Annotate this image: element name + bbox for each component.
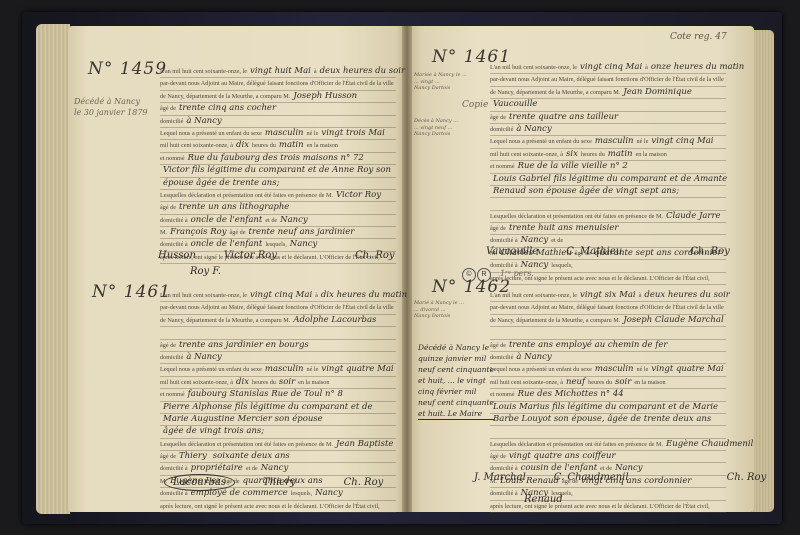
- printed-text: Lesquelles déclaration et présentation o…: [160, 441, 333, 448]
- printed-text: Lequel nous a présenté un enfant du sexe: [160, 130, 262, 137]
- register-line: domiciliéà Nancy: [490, 124, 726, 136]
- handwritten-entry: Victor Roy: [336, 190, 381, 200]
- printed-text: à: [315, 292, 318, 299]
- register-line: L'an mil huit cent soixante-onze, leving…: [160, 66, 396, 78]
- register-line: après lecture, ont signé le présent acte…: [160, 501, 396, 513]
- handwritten-entry: oncle de l'enfant: [191, 239, 263, 249]
- printed-text: et nommé: [490, 391, 515, 398]
- register-line: Renaud son épouse âgée de vingt sept ans…: [490, 186, 726, 198]
- handwritten-entry: vingt quatre ans coiffeur: [509, 451, 616, 461]
- printed-text: heures du: [588, 379, 612, 386]
- printed-text: Lesquelles déclaration et présentation o…: [490, 441, 663, 448]
- handwritten-entry: Adolphe Lacourbas: [293, 315, 376, 325]
- printed-text: Lequel nous a présenté un enfant du sexe: [490, 366, 592, 373]
- register-line: Louis Marius fils légitime du comparant …: [490, 402, 726, 414]
- printed-text: mil huit cent soixante-onze, à: [490, 379, 563, 386]
- printed-text: mil huit cent soixante-onze, à: [490, 151, 563, 158]
- handwritten-entry: Thiery: [179, 451, 207, 461]
- printed-text: domicilié à: [160, 241, 188, 248]
- page-block-right-edge: [752, 30, 774, 512]
- handwritten-entry: Rue des Michottes n° 44: [518, 389, 624, 399]
- register-line: âgé detrente un ans lithographe: [160, 202, 396, 214]
- handwritten-entry: Eugène Chaudmenil: [666, 439, 753, 449]
- register-line: Lesquelles déclaration et présentation o…: [490, 439, 726, 451]
- handwritten-entry: Jean Baptiste: [336, 439, 393, 449]
- register-line: Barbe Louyot son épouse, âgée de trente …: [490, 414, 726, 426]
- handwritten-entry: vingt trois Mai: [321, 128, 384, 138]
- printed-text: mil huit cent soixante-onze, à: [160, 379, 233, 386]
- printed-text: Lesquelles déclaration et présentation o…: [490, 213, 663, 220]
- signature: C. Mathieu: [566, 246, 622, 257]
- signature: Husson: [158, 250, 196, 261]
- signatures: Husson Victor Roy Ch. Roy: [158, 250, 395, 261]
- printed-text: domicilié: [490, 126, 513, 133]
- handwritten-entry: Rue de la ville vieille n° 2: [518, 161, 628, 171]
- handwritten-entry: Joseph Claude Marchal: [623, 315, 723, 325]
- handwritten-entry: faubourg Stanislas Rue de Toul n° 8: [188, 389, 343, 399]
- register-line: mil huit cent soixante-onze, àdixheures …: [160, 140, 396, 152]
- register-line: de Nancy, département de la Meurthe, a c…: [490, 315, 726, 327]
- register-line: domicilié àoncle de l'enfantet deNancy: [160, 215, 396, 227]
- handwritten-entry: vingt quatre Mai: [321, 364, 393, 374]
- handwritten-entry: Pierre Alphonse fils légitime du compara…: [163, 402, 372, 412]
- printed-text: lesquels,: [291, 490, 312, 497]
- printed-text: L'an mil huit cent soixante-onze, le: [490, 292, 577, 299]
- printed-text: âgé de: [160, 453, 176, 460]
- register-line: Pierre Alphonse fils légitime du compara…: [160, 402, 396, 414]
- register-line: Lequel nous a présenté un enfant du sexe…: [490, 364, 726, 376]
- register-line: mil huit cent soixante-onze, àsixheures …: [490, 149, 726, 161]
- register-line: par-devant nous Adjoint au Maire, délégu…: [490, 302, 726, 314]
- printed-text: domicilié: [160, 354, 183, 361]
- printed-text: M.: [160, 229, 167, 236]
- printed-text: âgé de: [230, 229, 246, 236]
- printed-text: domicilié: [490, 354, 513, 361]
- register-line: et nomméfaubourg Stanislas Rue de Toul n…: [160, 389, 396, 401]
- printed-text: âgé de: [490, 342, 506, 349]
- register-line: Lesquelles déclaration et présentation o…: [160, 439, 396, 451]
- register-line: âgée de vingt trois ans;: [160, 426, 396, 438]
- printed-text: après lecture, ont signé le présent acte…: [490, 503, 710, 510]
- margin-annotation: Décès à Nancy ... ... vingt neuf ... Nan…: [414, 118, 486, 138]
- printed-text: L'an mil huit cent soixante-onze, le: [160, 292, 247, 299]
- register-line: mil huit cent soixante-onze, àneufheures…: [490, 377, 726, 389]
- handwritten-entry: Nancy: [521, 235, 549, 245]
- register-line: domiciliéà Nancy: [160, 352, 396, 364]
- register-line: [490, 426, 726, 438]
- printed-text: par-devant nous Adjoint au Maire, délégu…: [160, 304, 394, 311]
- register-line: âgé detrente ans jardinier en bourgs: [160, 340, 396, 352]
- register-line: épouse âgée de trente ans;: [160, 178, 396, 190]
- printed-text: mil huit cent soixante-onze, à: [160, 142, 233, 149]
- register-line: Louis Gabriel fils légitime du comparant…: [490, 174, 726, 186]
- printed-text: par-devant nous Adjoint au Maire, délégu…: [490, 304, 724, 311]
- handwritten-entry: Marie Augustine Mercier son épouse: [163, 414, 323, 424]
- printed-text: à: [639, 292, 642, 299]
- handwritten-entry: Jean Dominique: [623, 87, 692, 97]
- signature: Ch. Roy: [727, 472, 767, 483]
- signature: J. Marchal: [474, 472, 526, 483]
- printed-text: en la maison: [636, 151, 667, 158]
- signature: Renaud: [524, 494, 563, 505]
- handwritten-entry: matin: [608, 149, 633, 159]
- printed-text: à: [314, 68, 317, 75]
- printed-text: par-devant nous Adjoint au Maire, délégu…: [490, 76, 724, 83]
- signature: Ch. Roy: [344, 477, 384, 488]
- printed-text: et de: [265, 217, 277, 224]
- register-line: Lesquelles déclaration et présentation o…: [160, 190, 396, 202]
- handwritten-entry: Nancy: [261, 463, 289, 473]
- book-gutter: [402, 26, 412, 512]
- handwritten-entry: propriétaire: [191, 463, 243, 473]
- printed-text: âgé de: [490, 114, 506, 121]
- signature: Ch. Roy: [690, 246, 730, 257]
- margin-annotation: Mariée à Nancy le ... ... vingt ... Nanc…: [414, 72, 486, 92]
- printed-text: âgé de: [160, 105, 176, 112]
- printed-text: domicilié à: [160, 217, 188, 224]
- act-body: L'an mil huit cent soixante-onze, leving…: [160, 66, 396, 264]
- printed-text: et nommé: [490, 163, 515, 170]
- printed-text: en la maison: [634, 379, 665, 386]
- printed-text: domicilié: [160, 118, 183, 125]
- printed-text: Lequel nous a présenté un enfant du sexe: [490, 138, 592, 145]
- register-line: Lequel nous a présenté un enfant du sexe…: [160, 128, 396, 140]
- printed-text: né le: [637, 366, 649, 373]
- handwritten-entry: François Roy: [170, 227, 226, 237]
- printed-text: en la maison: [298, 379, 329, 386]
- printed-text: à: [645, 64, 648, 71]
- register-line: Lesquelles déclaration et présentation o…: [490, 211, 726, 223]
- printed-text: né le: [307, 366, 319, 373]
- handwritten-entry: trente quatre ans tailleur: [509, 112, 618, 122]
- register-line: et nomméRue de la ville vieille n° 2: [490, 161, 726, 173]
- handwritten-entry: Nancy: [280, 215, 308, 225]
- handwritten-entry: âgée de vingt trois ans;: [163, 426, 264, 436]
- handwritten-entry: dix: [236, 377, 249, 387]
- handwritten-entry: Rue du faubourg des trois maisons n° 72: [188, 153, 364, 163]
- signature: Lacourbas: [164, 474, 235, 491]
- register-line: L'an mil huit cent soixante-onze, leving…: [490, 290, 726, 302]
- printed-text: heures du: [581, 151, 605, 158]
- register-line: Lequel nous a présenté un enfant du sexe…: [490, 136, 726, 148]
- register-line: âgé devingt quatre ans coiffeur: [490, 451, 726, 463]
- printed-text: après lecture, ont signé le présent acte…: [160, 503, 380, 510]
- handwritten-entry: matin: [279, 140, 304, 150]
- signatures: J. Marchal C. Chaudmenil Ch. Roy: [474, 472, 766, 483]
- register-line: domiciliéà Nancy: [490, 352, 726, 364]
- printed-text: âgé de: [160, 204, 176, 211]
- register-line: Marie Augustine Mercier son épouse: [160, 414, 396, 426]
- signatures: Lacourbas Thiery Ch. Roy: [164, 474, 383, 491]
- register-line: par-devant nous Adjoint au Maire, délégu…: [490, 74, 726, 86]
- printed-text: de Nancy, département de la Meurthe, a c…: [490, 317, 620, 324]
- printed-text: domicilié à: [490, 490, 518, 497]
- printed-text: domicilié à: [160, 490, 188, 497]
- handwritten-entry: Louis Gabriel fils légitime du comparant…: [493, 174, 727, 184]
- printed-text: de Nancy, département de la Meurthe, a c…: [160, 93, 290, 100]
- printed-text: né le: [637, 138, 649, 145]
- page-block-left-edge: [36, 24, 70, 514]
- handwritten-entry: vingt six Mai: [580, 290, 636, 300]
- handwritten-entry: Joseph Husson: [293, 91, 357, 101]
- register-line: âgé detrente quatre ans tailleur: [490, 112, 726, 124]
- printed-text: heures du: [252, 379, 276, 386]
- handwritten-entry: dix heures du matin: [321, 290, 407, 300]
- handwritten-entry: masculin: [595, 364, 634, 374]
- printed-text: par-devant nous Adjoint au Maire, délégu…: [160, 80, 394, 87]
- handwritten-entry: six: [566, 149, 578, 159]
- handwritten-entry: Renaud son épouse âgée de vingt sept ans…: [493, 186, 679, 196]
- register-line: âgé detrente huit ans menuisier: [490, 223, 726, 235]
- handwritten-entry: soir: [279, 377, 295, 387]
- printed-text: et de: [551, 237, 563, 244]
- handwritten-entry: à Nancy: [186, 116, 221, 126]
- register-line: [490, 327, 726, 339]
- printed-text: âgé de: [490, 453, 506, 460]
- register-line: Lequel nous a présenté un enfant du sexe…: [160, 364, 396, 376]
- printed-text: Lequel nous a présenté un enfant du sexe: [160, 366, 262, 373]
- handwritten-entry: neuf: [566, 377, 585, 387]
- register-line: L'an mil huit cent soixante-onze, leving…: [160, 290, 396, 302]
- handwritten-entry: soir: [615, 377, 631, 387]
- printed-text: lesquels,: [551, 262, 572, 269]
- printed-text: né le: [307, 130, 319, 137]
- register-line: [160, 327, 396, 339]
- register-line: et nomméRue du faubourg des trois maison…: [160, 153, 396, 165]
- handwritten-entry: deux heures du soir: [320, 66, 405, 76]
- copy-annotation: Copie: [462, 100, 488, 111]
- register-line: âgé deThierysoixante deux ans: [160, 451, 396, 463]
- signature: Roy F.: [190, 266, 221, 277]
- handwritten-entry: masculin: [595, 136, 634, 146]
- handwritten-entry: trente neuf ans jardinier: [249, 227, 355, 237]
- handwritten-entry: vingt cinq Mai: [250, 290, 312, 300]
- printed-text: lesquels,: [265, 241, 286, 248]
- handwritten-entry: trente cinq ans cocher: [179, 103, 276, 113]
- register-line: L'an mil huit cent soixante-onze, leving…: [490, 62, 726, 74]
- printed-text: en la maison: [307, 142, 338, 149]
- handwritten-entry: trente ans jardinier en bourgs: [179, 340, 309, 350]
- handwritten-entry: masculin: [265, 364, 304, 374]
- handwritten-entry: vingt cinq Mai: [651, 136, 713, 146]
- printed-text: et nommé: [160, 391, 185, 398]
- handwritten-entry: masculin: [265, 128, 304, 138]
- handwritten-entry: vingt huit Mai: [250, 66, 311, 76]
- signature: C. Chaudmenil: [554, 472, 629, 483]
- margin-annotation: Marié à Nancy le ... ... divorcé ... Nan…: [414, 300, 486, 320]
- register-line: de Nancy, département de la Meurthe, a c…: [160, 315, 396, 327]
- right-page-header-note: Cote reg. 47: [670, 32, 727, 42]
- register-line: mil huit cent soixante-onze, àdixheures …: [160, 377, 396, 389]
- signature: Thiery: [263, 477, 296, 488]
- printed-text: âgé de: [160, 342, 176, 349]
- handwritten-entry: Vaucouille: [493, 99, 537, 109]
- handwritten-entry: vingt quatre Mai: [651, 364, 723, 374]
- death-annotation: Décédé à Nancy le quinze janvier mil neu…: [418, 342, 494, 420]
- signature: Victor Roy: [224, 250, 277, 261]
- register-line: par-devant nous Adjoint au Maire, délégu…: [160, 78, 396, 90]
- printed-text: et de: [246, 465, 258, 472]
- printed-text: heures du: [252, 142, 276, 149]
- handwritten-entry: trente huit ans menuisier: [509, 223, 618, 233]
- handwritten-entry: oncle de l'enfant: [191, 215, 263, 225]
- printed-text: âgé de: [490, 225, 506, 232]
- signatures: Vaucouille C. Mathieu Ch. Roy: [486, 246, 730, 257]
- handwritten-entry: Claude Jarre: [666, 211, 721, 221]
- printed-text: de Nancy, département de la Meurthe, a c…: [160, 317, 290, 324]
- register-line: âgé detrente ans employé au chemin de fe…: [490, 340, 726, 352]
- handwritten-entry: épouse âgée de trente ans;: [163, 178, 280, 188]
- printed-text: L'an mil huit cent soixante-onze, le: [160, 68, 247, 75]
- register-line: domiciliéà Nancy: [160, 116, 396, 128]
- margin-annotation: Décédé à Nancy le 30 janvier 1879: [74, 96, 164, 118]
- register-line: de Nancy, département de la Meurthe, a c…: [160, 91, 396, 103]
- register-line: et nomméRue des Michottes n° 44: [490, 389, 726, 401]
- handwritten-entry: soixante deux ans: [213, 451, 290, 461]
- handwritten-entry: Louis Marius fils légitime du comparant …: [493, 402, 718, 412]
- handwritten-entry: Barbe Louyot son épouse, âgée de trente …: [493, 414, 711, 424]
- handwritten-entry: Nancy: [290, 239, 318, 249]
- printed-text: Lesquelles déclaration et présentation o…: [160, 192, 333, 199]
- register-line: [490, 198, 726, 210]
- printed-text: L'an mil huit cent soixante-onze, le: [490, 64, 577, 71]
- printed-text: domicilié à: [160, 465, 188, 472]
- handwritten-entry: trente un ans lithographe: [179, 202, 289, 212]
- register-line: par-devant nous Adjoint au Maire, délégu…: [160, 302, 396, 314]
- register-line: M.François Royâgé detrente neuf ans jard…: [160, 227, 396, 239]
- printed-text: de Nancy, département de la Meurthe, a c…: [490, 89, 620, 96]
- signature: Vaucouille: [486, 246, 538, 257]
- handwritten-entry: trente ans employé au chemin de fer: [509, 340, 668, 350]
- handwritten-entry: onze heures du matin: [651, 62, 744, 72]
- register-line: Victor fils légitime du comparant et de …: [160, 165, 396, 177]
- register-line: de Nancy, département de la Meurthe, a c…: [490, 87, 726, 99]
- handwritten-entry: vingt cinq Mai: [580, 62, 642, 72]
- handwritten-entry: deux heures du soir: [644, 290, 729, 300]
- handwritten-entry: dix: [236, 140, 249, 150]
- handwritten-entry: à Nancy: [186, 352, 221, 362]
- handwritten-entry: à Nancy: [516, 352, 551, 362]
- act-number: N° 1459: [88, 59, 167, 79]
- register-line: Vaucouille: [490, 99, 726, 111]
- register-line: âgé detrente cinq ans cocher: [160, 103, 396, 115]
- printed-text: domicilié à: [490, 237, 518, 244]
- printed-text: et nommé: [160, 155, 185, 162]
- handwritten-entry: Victor fils légitime du comparant et de …: [163, 165, 391, 175]
- handwritten-entry: à Nancy: [516, 124, 551, 134]
- signature: Ch. Roy: [355, 250, 395, 261]
